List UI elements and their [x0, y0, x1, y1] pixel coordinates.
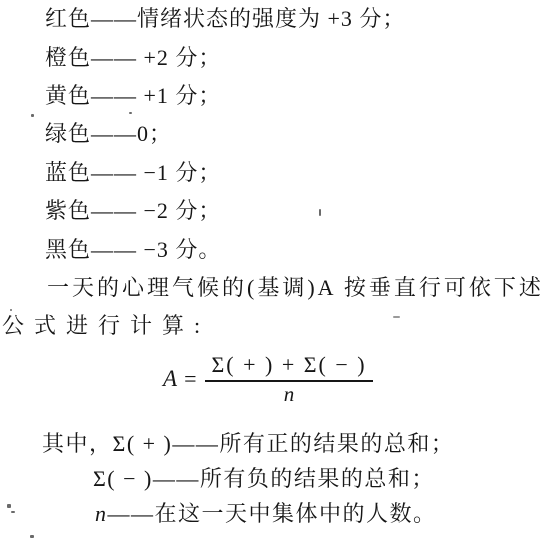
formula-fraction: Σ( + ) + Σ( − ) n: [205, 352, 372, 406]
definitions-intro: 其中，: [42, 431, 113, 456]
scan-speck: [31, 114, 34, 117]
formula-denominator: n: [205, 382, 372, 406]
scan-speck: [393, 316, 400, 318]
scan-speck: [11, 511, 15, 513]
legend-line-red: 红色——情绪状态的强度为 +3 分；: [45, 5, 405, 33]
formula-numerator: Σ( + ) + Σ( − ): [205, 352, 372, 382]
scan-speck: [30, 535, 34, 538]
formula-equals-sign: =: [184, 366, 196, 392]
formula: A = Σ( + ) + Σ( − ) n: [163, 352, 373, 406]
legend-line-black: 黑色—— −3 分。: [45, 236, 221, 264]
definition-line-n: n——在这一天中集体中的人数。: [95, 500, 437, 528]
definition-text-negative: ——所有负的结果的总和；: [153, 466, 435, 491]
definition-text-positive: ——所有正的结果的总和；: [172, 431, 454, 456]
scan-speck: [319, 209, 321, 216]
legend-line-yellow: 黄色—— +1 分；: [45, 82, 221, 110]
paragraph-line-2: 公式进行计算:: [2, 312, 210, 340]
paragraph-line-1: 一天的心理气候的(基调)A 按垂直行可依下述: [47, 274, 543, 302]
definition-text-n: ——在这一天中集体中的人数。: [108, 501, 437, 526]
legend-line-purple: 紫色—— −2 分；: [45, 197, 221, 225]
scan-speck: [10, 309, 12, 311]
legend-line-green: 绿色——0；: [45, 120, 172, 148]
formula-lhs-A: A: [163, 366, 177, 392]
definition-line-sigma-minus: Σ( − )——所有负的结果的总和；: [93, 465, 435, 493]
legend-line-blue: 蓝色—— −1 分；: [45, 159, 221, 187]
scan-speck: [7, 504, 11, 508]
sigma-minus-symbol: Σ( − ): [93, 466, 153, 491]
n-symbol: n: [95, 501, 108, 526]
scan-speck: [129, 112, 132, 114]
sigma-plus-symbol: Σ( + ): [113, 431, 173, 456]
document-page: 红色——情绪状态的强度为 +3 分； 橙色—— +2 分； 黄色—— +1 分；…: [0, 0, 543, 539]
legend-line-orange: 橙色—— +2 分；: [45, 44, 221, 72]
definition-line-sigma-plus: 其中，Σ( + )——所有正的结果的总和；: [42, 430, 454, 458]
